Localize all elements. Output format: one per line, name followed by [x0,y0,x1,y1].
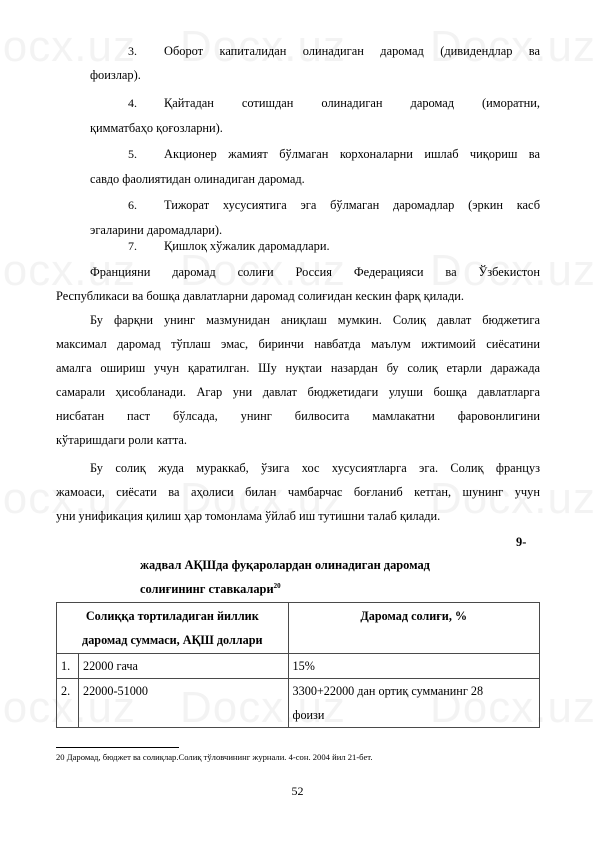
paragraph-line: амалга ошириш учун қаратилган. Шу нуқтаи… [56,361,540,375]
list-number: 7. [128,239,137,253]
table-title-line: солиғининг ставкалари20 [140,582,281,596]
table-number: 9- [516,535,526,549]
table-row: 1. 22000 гача 15% [57,654,540,679]
row-income: 22000-51000 [78,679,288,728]
watermark: Docx.uz [0,22,136,72]
paragraph-line: Бу фарқни унинг мазмунидан аниқлаш мумки… [90,313,540,327]
list-number: 5. [128,147,137,161]
list-text: Тижорат хусусиятига эга бўлмаган даромад… [164,198,540,212]
header-rate: Даромад солиғи, % [288,603,539,654]
table-row: 2. 22000-51000 3300+22000 дан ортиқ сумм… [57,679,540,728]
list-text: қимматбаҳо қоғозларни). [90,121,223,135]
rate-text: фоизи [293,703,535,727]
footnote-separator [56,747,179,748]
row-number: 1. [57,654,79,679]
header-text: Даромад солиғи, % [293,604,535,628]
footnote-ref: 20 [274,582,281,590]
footnote: 20 Даромад, бюджет ва солиқлар.Солиқ тўл… [56,752,373,763]
header-text: Солиққа тортиладиган йиллик [61,604,284,628]
paragraph-line: максимал даромад тўплаш эмас, биринчи на… [56,337,540,351]
page-number: 52 [0,784,595,799]
paragraph-line: жамоаси, сиёсати ва аҳолиси билан чамбар… [56,485,540,499]
list-number: 3. [128,44,137,58]
table-title-line: жадвал АҚШда фуқаролардан олинадиган дар… [140,558,430,572]
watermark: Docx.uz [430,474,595,524]
list-number: 6. [128,198,137,212]
row-rate: 15% [288,654,539,679]
row-number: 2. [57,679,79,728]
paragraph-line: Францияни даромад солиғи Россия Федераци… [90,265,540,279]
paragraph-line: Бу солиқ жуда мураккаб, ўзига хос хусуси… [90,461,540,475]
list-text: Оборот капиталидан олинадиган даромад (д… [164,44,540,58]
list-text: эгаларини даромадлари). [90,223,222,237]
header-income: Солиққа тортиладиган йиллик даромад сумм… [57,603,289,654]
row-rate: 3300+22000 дан ортиқ сумманинг 28 фоизи [288,679,539,728]
table-title-text: солиғининг ставкалари [140,582,274,596]
header-text: даромад суммаси, АҚШ доллари [61,628,284,652]
tax-rate-table: Солиққа тортиладиган йиллик даромад сумм… [56,602,540,728]
list-text: савдо фаолиятидан олинадиган даромад. [90,172,305,186]
list-text: Қайтадан сотишдан олинадиган даромад (им… [164,96,540,110]
rate-text: 3300+22000 дан ортиқ сумманинг 28 [293,679,535,703]
list-text: фоизлар). [90,68,141,82]
paragraph-line: Республикаси ва бошқа давлатларни дарома… [56,289,464,303]
paragraph-line: нисбатан паст бўлсада, унинг билвосита м… [56,409,540,423]
table-header-row: Солиққа тортиладиган йиллик даромад сумм… [57,603,540,654]
paragraph-line: кўтаришдаги роли катта. [56,433,187,447]
list-text: Қишлоқ хўжалик даромадлари. [164,239,330,253]
list-text: Акционер жамият бўлмаган корхоналарни иш… [164,147,540,161]
paragraph-line: самарали ҳисобланади. Агар уни давлат бю… [56,385,540,399]
row-income: 22000 гача [78,654,288,679]
list-number: 4. [128,96,137,110]
paragraph-line: уни унификация қилиш ҳар томонлама ўйлаб… [56,509,440,523]
